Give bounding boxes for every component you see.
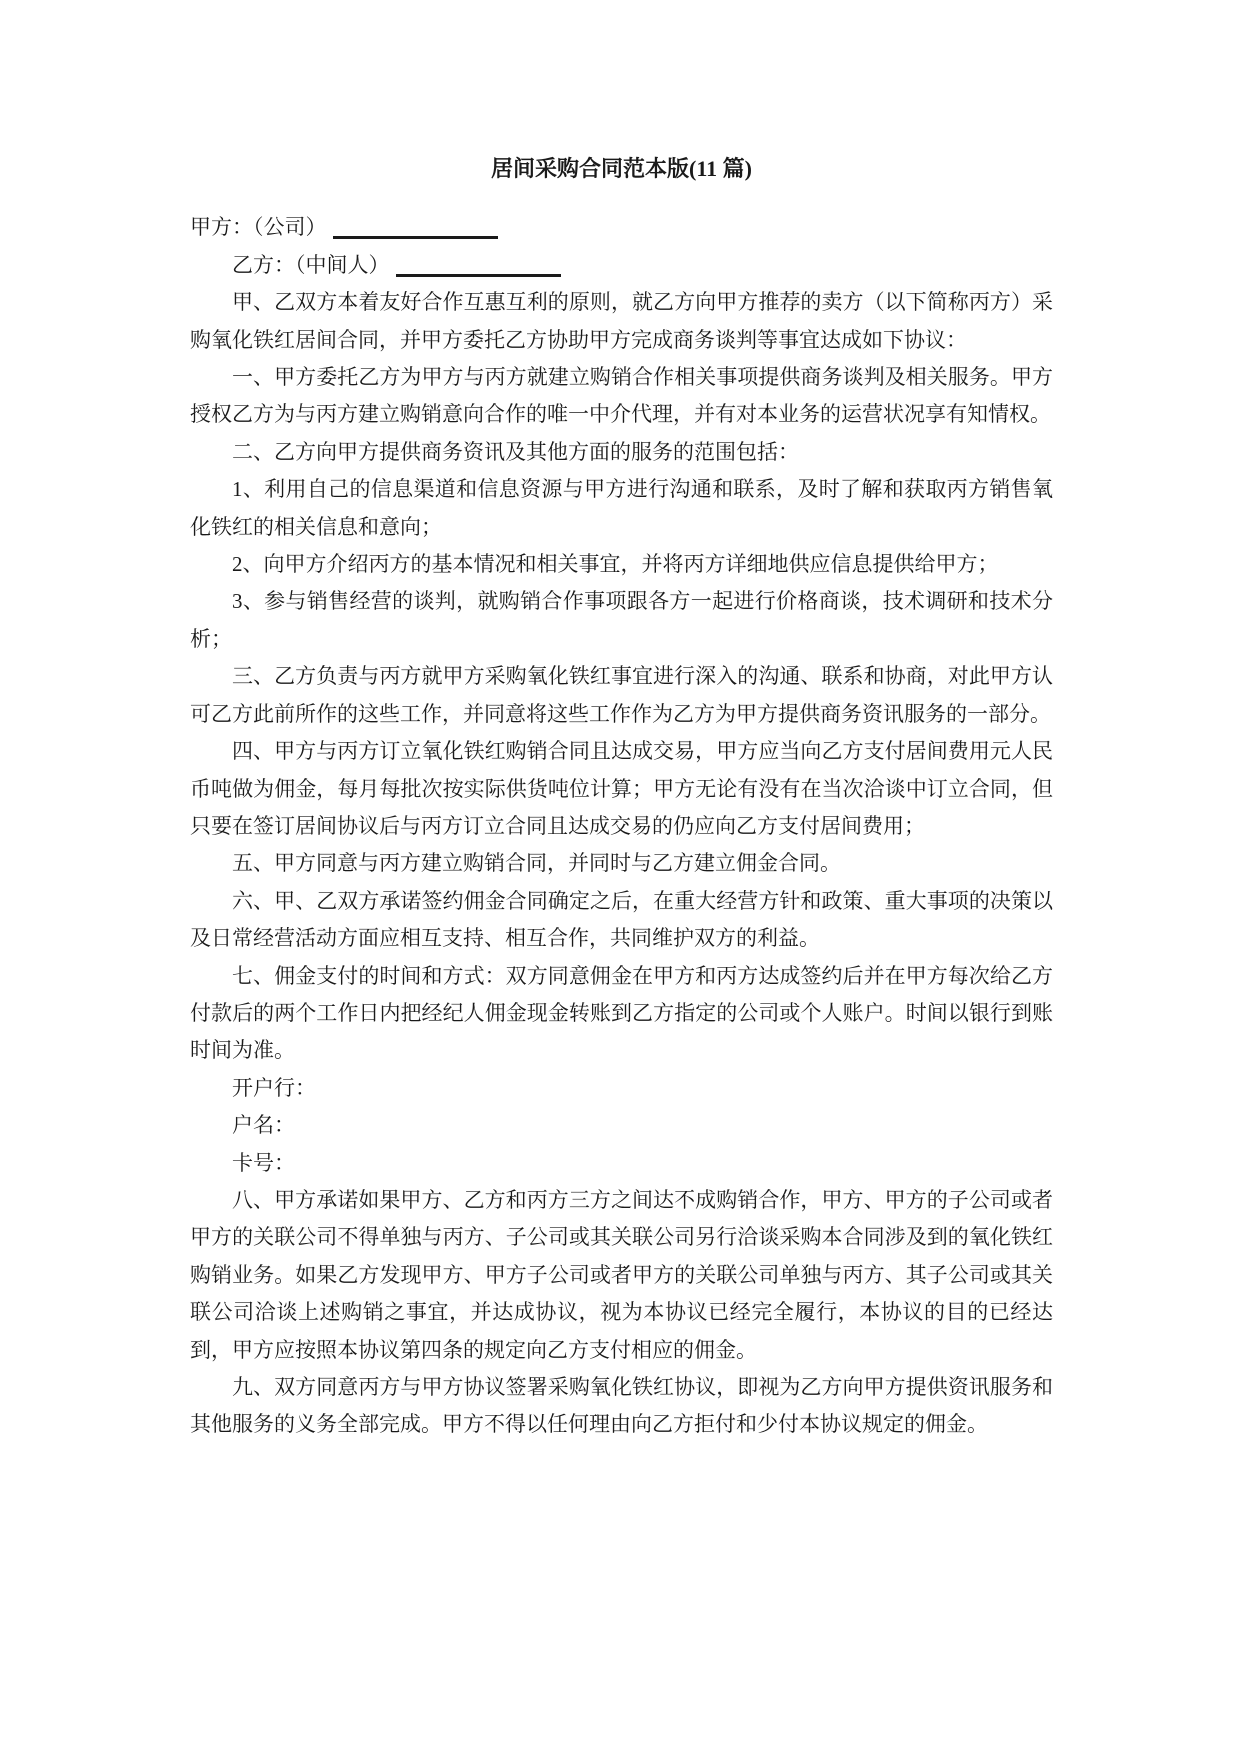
clause-7-paragraph: 七、佣金支付的时间和方式：双方同意佣金在甲方和丙方达成签约后并在甲方每次给乙方付…: [190, 958, 1053, 1070]
clause-4-paragraph: 四、甲方与丙方订立氧化铁红购销合同且达成交易，甲方应当向乙方支付居间费用元人民币…: [190, 733, 1053, 845]
clause-1-paragraph: 一、甲方委托乙方为甲方与丙方就建立购销合作相关事项提供商务谈判及相关服务。甲方授…: [190, 359, 1053, 434]
service-scope-item-1: 1、利用自己的信息渠道和信息资源与甲方进行沟通和联系，及时了解和获取丙方销售氧化…: [190, 471, 1053, 546]
clause-6-paragraph: 六、甲、乙双方承诺签约佣金合同确定之后，在重大经营方针和政策、重大事项的决策以及…: [190, 883, 1053, 958]
party-a-line: 甲方：（公司）: [190, 209, 1053, 246]
clause-8-paragraph: 八、甲方承诺如果甲方、乙方和丙方三方之间达不成购销合作，甲方、甲方的子公司或者甲…: [190, 1182, 1053, 1369]
clause-5-paragraph: 五、甲方同意与丙方建立购销合同，并同时与乙方建立佣金合同。: [190, 845, 1053, 882]
bank-branch-line: 开户行：: [190, 1070, 1053, 1107]
party-b-blank: [396, 270, 561, 277]
document-page: 居间采购合同范本版(11 篇) 甲方：（公司） 乙方：（中间人） 甲、乙双方本着…: [0, 0, 1240, 1753]
service-scope-item-3: 3、参与销售经营的谈判，就购销合作事项跟各方一起进行价格商谈，技术调研和技术分析…: [190, 583, 1053, 658]
preamble-paragraph: 甲、乙双方本着友好合作互惠互利的原则，就乙方向甲方推荐的卖方（以下简称丙方）采购…: [190, 284, 1053, 359]
party-b-line: 乙方：（中间人）: [190, 247, 1053, 284]
clause-9-paragraph: 九、双方同意丙方与甲方协议签署采购氧化铁红协议，即视为乙方向甲方提供资讯服务和其…: [190, 1369, 1053, 1444]
account-name-line: 户名：: [190, 1107, 1053, 1144]
document-body: 居间采购合同范本版(11 篇) 甲方：（公司） 乙方：（中间人） 甲、乙双方本着…: [190, 150, 1053, 1444]
party-a-blank: [333, 232, 498, 239]
party-a-label: 甲方：（公司）: [190, 215, 327, 239]
clause-3-paragraph: 三、乙方负责与丙方就甲方采购氧化铁红事宜进行深入的沟通、联系和协商，对此甲方认可…: [190, 658, 1053, 733]
card-number-line: 卡号：: [190, 1145, 1053, 1182]
clause-2-paragraph: 二、乙方向甲方提供商务资讯及其他方面的服务的范围包括：: [190, 434, 1053, 471]
service-scope-item-2: 2、向甲方介绍丙方的基本情况和相关事宜，并将丙方详细地供应信息提供给甲方；: [190, 546, 1053, 583]
party-b-label: 乙方：（中间人）: [232, 253, 390, 277]
document-title: 居间采购合同范本版(11 篇): [190, 150, 1053, 187]
